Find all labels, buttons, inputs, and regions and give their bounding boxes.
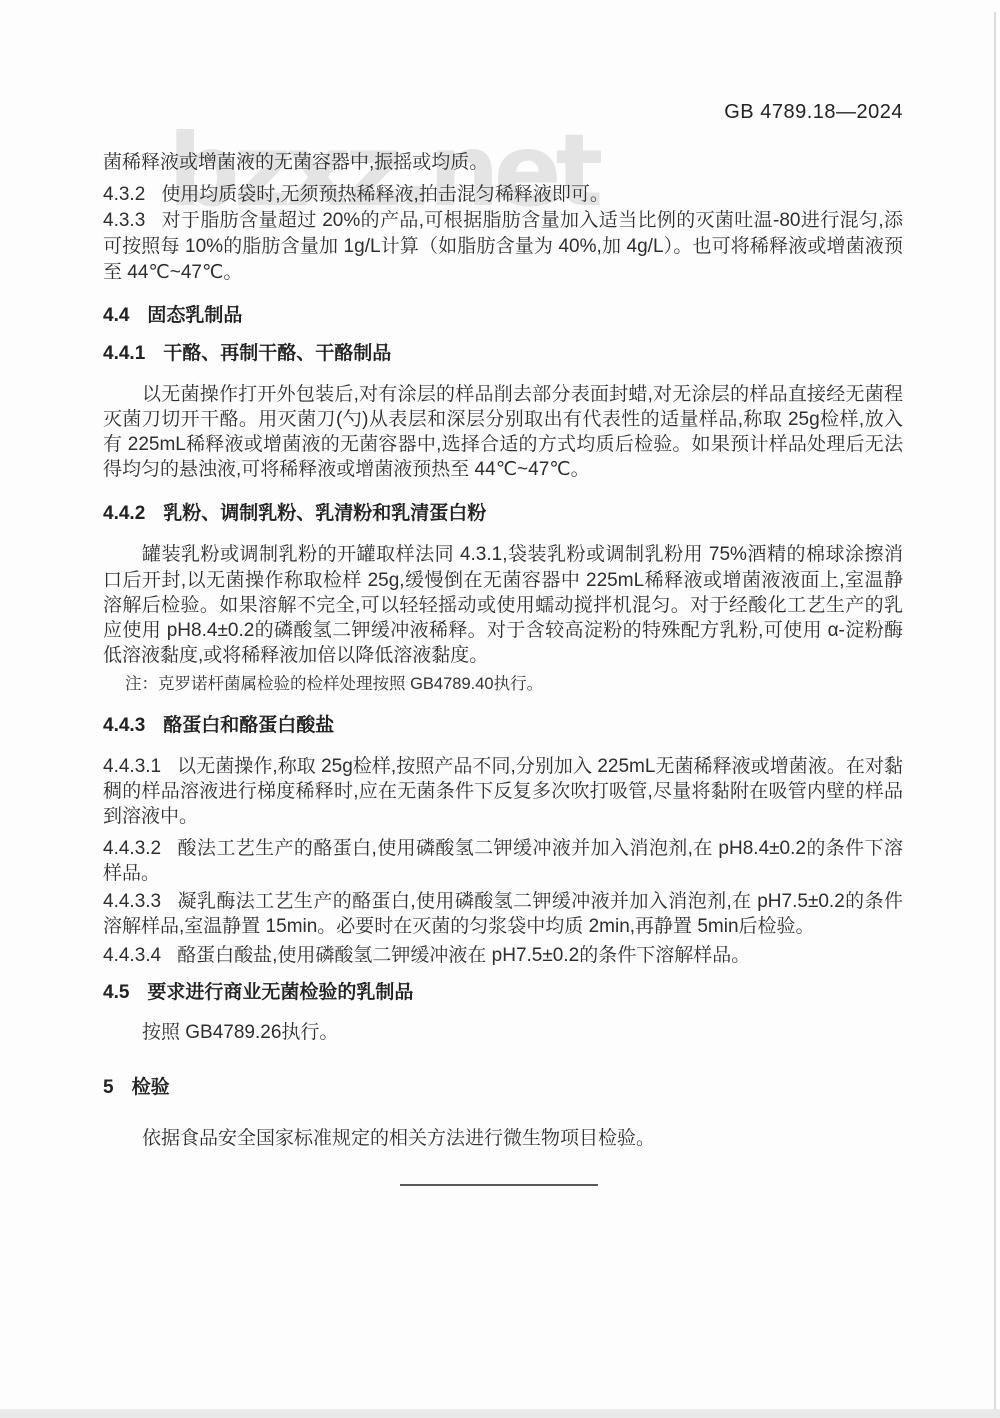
clause-number: 4.4.3.1 xyxy=(103,754,161,779)
section-title: 干酪、再制干酪、干酪制品 xyxy=(163,343,391,364)
paragraph-4-4-2-line-3: 溶解后检验。如果溶解不完全,可以轻轻摇动或使用蠕动搅拌机混匀。对于经酸化工艺生产… xyxy=(103,593,903,619)
paragraph-4-4-1-line-2: 灭菌刀切开干酪。用灭菌刀(勺)从表层和深层分别取出有代表性的适量样品,称取 25… xyxy=(103,407,903,433)
section-title: 酪蛋白和酪蛋白酸盐 xyxy=(163,715,334,736)
section-number: 4.5 xyxy=(103,980,129,1005)
clause-text: 使用均质袋时,无须预热稀释液,拍击混匀稀释液即可。 xyxy=(161,184,609,205)
paragraph-4-4-2-line-1: 罐装乳粉或调制乳粉的开罐取样法同 4.3.1,袋装乳粉或调制乳粉用 75%酒精的… xyxy=(103,542,903,568)
section-number: 4.4.2 xyxy=(103,501,145,526)
scan-edge-artifact-bottom xyxy=(0,1409,1000,1418)
clause-number: 4.3.2 xyxy=(103,182,145,207)
paragraph-4-5: 按照 GB4789.26执行。 xyxy=(103,1020,903,1045)
clause-4-4-3-1-line-1: 4.4.3.1以无菌操作,称取 25g检样,按照产品不同,分别加入 225mL无… xyxy=(103,754,903,779)
clause-text: 凝乳酶法工艺生产的酪蛋白,使用磷酸氢二钾缓冲液并加入消泡剂,在 pH7.5±0.… xyxy=(103,891,903,915)
paragraph-5: 依据食品安全国家标准规定的相关方法进行微生物项目检验。 xyxy=(103,1126,903,1151)
paragraph-4-4-2-line-2: 口后开封,以无菌操作称取检样 25g,缓慢倒在无菌容器中 225mL稀释液或增菌… xyxy=(103,568,903,594)
section-heading-4-4-3: 4.4.3酪蛋白和酪蛋白酸盐 xyxy=(103,713,903,738)
paragraph-4-4-2-line-4: 应使用 pH8.4±0.2的磷酸氢二钾缓冲液稀释。对于含较高淀粉的特殊配方乳粉,… xyxy=(103,618,903,644)
section-number: 5 xyxy=(103,1075,114,1100)
clause-number: 4.3.3 xyxy=(103,208,145,233)
clause-text: 酪蛋白酸盐,使用磷酸氢二钾缓冲液在 pH7.5±0.2的条件下溶解样品。 xyxy=(177,945,750,966)
paragraph-4-4-1-line-1: 以无菌操作打开外包装后,对有涂层的样品削去部分表面封蜡,对无涂层的样品直接经无菌… xyxy=(103,382,903,408)
scan-edge-artifact-right xyxy=(994,12,996,1410)
note-line: 注：克罗诺杆菌属检验的检样处理按照 GB4789.40执行。 xyxy=(125,672,845,697)
section-heading-5: 5检验 xyxy=(103,1075,903,1100)
clause-number: 4.4.3.4 xyxy=(103,943,161,968)
clause-text: 对于脂肪含量超过 20%的产品,可根据脂肪含量加入适当比例的灭菌吐温-80进行混… xyxy=(103,210,903,234)
clause-4-4-3-2-line-2: 样品。 xyxy=(103,861,903,886)
section-heading-4-5: 4.5要求进行商业无菌检验的乳制品 xyxy=(103,980,903,1005)
standard-code: GB 4789.18—2024 xyxy=(103,101,903,124)
clause-4-4-3-3-line-2: 溶解样品,室温静置 15min。必要时在灭菌的匀浆袋中均质 2min,再静置 5… xyxy=(103,914,903,939)
paragraph-4-4-1-line-3: 有 225mL稀释液或增菌液的无菌容器中,选择合适的方式均质后检验。如果预计样品… xyxy=(103,432,903,458)
section-title: 要求进行商业无菌检验的乳制品 xyxy=(147,982,413,1003)
clause-4-4-3-1-line-3: 到溶液中。 xyxy=(103,804,903,829)
paragraph-4-4-2-line-5: 低溶液黏度,或将稀释液加倍以降低溶液黏度。 xyxy=(103,643,903,668)
paragraph-continuation-line: 菌稀释液或增菌液的无菌容器中,振摇或均质。 xyxy=(103,150,903,175)
end-of-document-divider xyxy=(400,1184,598,1186)
clause-4-3-3-line-1: 4.3.3对于脂肪含量超过 20%的产品,可根据脂肪含量加入适当比例的灭菌吐温-… xyxy=(103,208,903,234)
clause-4-3-2: 4.3.2使用均质袋时,无须预热稀释液,拍击混匀稀释液即可。 xyxy=(103,182,903,207)
section-heading-4-4: 4.4固态乳制品 xyxy=(103,303,903,328)
clause-4-4-3-4: 4.4.3.4酪蛋白酸盐,使用磷酸氢二钾缓冲液在 pH7.5±0.2的条件下溶解… xyxy=(103,943,903,968)
clause-number: 4.4.3.2 xyxy=(103,836,161,861)
clause-4-4-3-3-line-1: 4.4.3.3凝乳酶法工艺生产的酪蛋白,使用磷酸氢二钾缓冲液并加入消泡剂,在 p… xyxy=(103,889,903,915)
clause-text: 酸法工艺生产的酪蛋白,使用磷酸氢二钾缓冲液并加入消泡剂,在 pH8.4±0.2的… xyxy=(103,838,903,862)
clause-4-4-3-2-line-1: 4.4.3.2酸法工艺生产的酪蛋白,使用磷酸氢二钾缓冲液并加入消泡剂,在 pH8… xyxy=(103,836,903,862)
clause-4-3-3-line-2: 可按照每 10%的脂肪含量加 1g/L计算（如脂肪含量为 40%,加 4g/L）… xyxy=(103,234,903,260)
clause-number: 4.4.3.3 xyxy=(103,889,161,914)
paragraph-4-4-1-line-4: 得均匀的悬浊液,可将稀释液或增菌液预热至 44℃~47℃。 xyxy=(103,457,903,482)
clause-4-4-3-1-line-2: 稠的样品溶液进行梯度稀释时,应在无菌条件下反复多次吹打吸管,尽量将黏附在吸管内壁… xyxy=(103,779,903,805)
section-number: 4.4 xyxy=(103,303,129,328)
section-title: 乳粉、调制乳粉、乳清粉和乳清蛋白粉 xyxy=(163,503,486,524)
document-page: bzxz.net GB 4789.18—2024 菌稀释液或增菌液的无菌容器中,… xyxy=(0,0,1000,1418)
clause-text: 以无菌操作,称取 25g检样,按照产品不同,分别加入 225mL无菌稀释液或增菌… xyxy=(177,756,903,777)
section-number: 4.4.1 xyxy=(103,341,145,366)
section-heading-4-4-1: 4.4.1干酪、再制干酪、干酪制品 xyxy=(103,341,903,366)
section-heading-4-4-2: 4.4.2乳粉、调制乳粉、乳清粉和乳清蛋白粉 xyxy=(103,501,903,526)
section-title: 固态乳制品 xyxy=(147,305,242,326)
section-number: 4.4.3 xyxy=(103,713,145,738)
clause-4-3-3-line-3: 至 44℃~47℃。 xyxy=(103,260,903,285)
section-title: 检验 xyxy=(132,1077,170,1098)
